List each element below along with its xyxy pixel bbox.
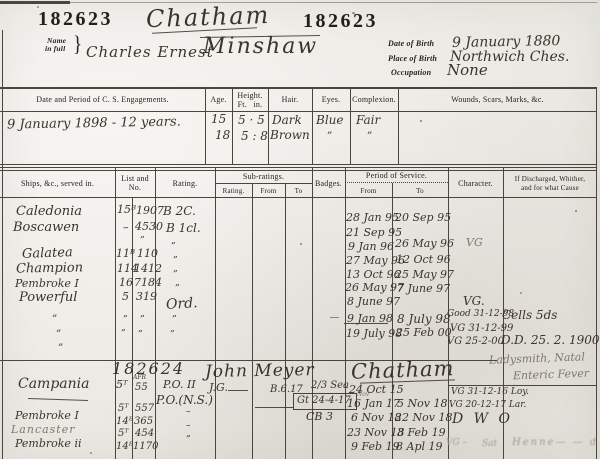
scan-edge xyxy=(0,1,70,4)
official-number: 4530 xyxy=(135,221,163,232)
list-value: 5ᵀ xyxy=(116,379,128,390)
col-header-sub-to: To xyxy=(285,187,312,196)
service-to-date: 5 Nov 18 xyxy=(397,398,447,409)
service-to-date: 12 Oct 96 xyxy=(396,254,451,265)
eyes-value: Blue xyxy=(316,114,344,126)
form-border-right xyxy=(596,87,597,459)
list-value: 15ᴮ xyxy=(117,204,136,215)
col-header-rating: Rating. xyxy=(155,179,215,189)
ship-name: Champion xyxy=(16,261,83,275)
service-from-date: 26 May 97 xyxy=(345,282,404,293)
col-header-from: From xyxy=(345,187,392,196)
ship-name: Campania xyxy=(18,377,89,391)
service-to-date: 8 July 98 xyxy=(397,313,451,325)
service-from-date: 24 Oct 15 xyxy=(349,384,404,395)
scan-speck xyxy=(300,243,302,245)
character-assessment: VG – xyxy=(446,439,467,448)
signature-initials: J.G. xyxy=(209,382,228,393)
ditto-mark: ” xyxy=(170,331,175,340)
sub-rating-note: Gt 24-4-17 xyxy=(297,396,351,406)
ditto-mark: ” xyxy=(175,285,180,294)
ship-name: Galatea xyxy=(22,246,73,261)
ditto-mark: ” xyxy=(173,271,178,280)
service-to-date: 7 June 97 xyxy=(397,283,450,294)
rating-value: P.O.(N.S.) xyxy=(156,394,213,406)
ditto-mark: ” xyxy=(56,330,61,340)
grid-line xyxy=(0,167,597,168)
official-number: 1907 xyxy=(136,205,164,216)
discharge-note: Enteric Fever xyxy=(513,368,589,382)
official-number: 365 xyxy=(134,417,153,427)
grid-line xyxy=(0,87,597,89)
ink-stroke xyxy=(255,407,293,408)
ditto-mark: ” xyxy=(52,315,57,325)
pob-label: Place of Birth xyxy=(388,54,437,64)
ship-name: Pembroke I xyxy=(15,278,79,289)
character-assessment: VG xyxy=(466,237,483,248)
col-header-ships: Ships, &c., served in. xyxy=(0,179,115,189)
ditto-mark: ” xyxy=(123,316,128,325)
col-header-engagements: Date and Period of C. S. Engagements. xyxy=(0,95,205,105)
character-assessment: VG 20-12-17 Lar. xyxy=(449,401,526,410)
rating-value: B 2C. xyxy=(163,205,196,217)
character-assessment: VG 31-12-16 Loy. xyxy=(451,388,529,397)
engagement-period: 9 January 1898 - 12 years. xyxy=(7,115,181,131)
col-header-period: Period of Service. xyxy=(345,171,448,181)
scan-speck xyxy=(520,292,522,294)
service-to-date: 3 Feb 19 xyxy=(397,427,446,438)
col-header-to: To xyxy=(392,187,448,196)
list-value: 14ᴮ xyxy=(116,417,133,427)
grid-line xyxy=(0,111,597,112)
ship-name: Pembroke I xyxy=(15,410,79,421)
service-from-date: 16 Jan 17 xyxy=(347,398,400,409)
list-value: – xyxy=(123,222,129,233)
service-to-date: 25 May 97 xyxy=(395,269,454,280)
grid-line xyxy=(345,182,448,183)
sub-rating-note: CB 3 xyxy=(306,411,333,422)
ship-name: Boscawen xyxy=(13,221,79,234)
col-header-age: Age. xyxy=(205,95,232,105)
discharge-note: Ladysmith, Natal xyxy=(489,351,585,365)
character-assessment: D W O xyxy=(452,412,513,426)
service-to-date: 25 Feb 00 xyxy=(396,327,452,338)
service-number: 182624 xyxy=(112,361,185,377)
ditto-mark: ” xyxy=(138,331,143,340)
col-header-subratings: Sub-ratings. xyxy=(215,172,312,182)
col-header-wounds: Wounds, Scars, Marks, &c. xyxy=(398,95,597,105)
col-header-badges: Badges. xyxy=(312,179,345,189)
ship-name: Powerful xyxy=(19,291,77,304)
ditto-mark: ” xyxy=(58,344,63,354)
scan-edge xyxy=(0,2,597,3)
list-value: 14ᴮ xyxy=(116,442,133,452)
grid-line xyxy=(285,183,286,459)
official-number: 1170 xyxy=(133,442,158,452)
official-number: 55 xyxy=(135,383,148,393)
service-from-date: 8 June 97 xyxy=(347,296,400,307)
surname: Minshaw xyxy=(203,36,318,58)
ditto-mark: ” xyxy=(171,243,176,252)
character-assessment: VG. xyxy=(463,295,485,307)
scan-speck xyxy=(37,6,39,8)
service-from-date: 9 Jan 96 xyxy=(348,241,394,252)
record-sheet: 182623 Chatham 182623 Name in full } Cha… xyxy=(0,0,600,459)
ditto-mark: ” xyxy=(327,132,332,142)
col-header-list-no: No. xyxy=(115,183,155,193)
ditto-mark: ” xyxy=(140,316,145,325)
occupation-label: Occupation xyxy=(391,68,431,78)
service-from-date: 13 Oct 96 xyxy=(346,269,401,280)
ship-name: Lancaster xyxy=(11,424,76,435)
grid-line xyxy=(0,197,597,198)
discharge-note: D.D. 25. 2. 1900, xyxy=(501,334,600,346)
col-header-sub-rating: Rating. xyxy=(215,187,252,196)
brace-glyph: } xyxy=(73,31,82,58)
grid-line xyxy=(215,183,312,184)
col-header-discharged: If Discharged, Whither, xyxy=(503,175,597,184)
height-value: 5 · 5 xyxy=(238,114,265,126)
service-number-right: 182623 xyxy=(303,10,378,33)
service-from-date: 19 July 98 xyxy=(346,328,402,339)
ditto-mark: ” xyxy=(367,132,372,142)
height-value: 5 : 8 xyxy=(241,130,268,142)
col-header-complexion: Complexion. xyxy=(350,95,398,105)
occupation-value: None xyxy=(447,63,488,78)
discharge-note: Cells 5ds xyxy=(502,309,557,321)
service-from-date: 6 Nov 18 xyxy=(351,412,401,423)
list-value: 5ᵀ xyxy=(118,429,129,439)
ink-stroke xyxy=(330,317,339,318)
dob-label: Date of Birth xyxy=(388,39,434,49)
ship-name: Pembroke ii xyxy=(15,438,81,449)
ditto-flourish xyxy=(28,398,88,401)
official-number: 110 xyxy=(137,248,158,259)
hair-value: Brown xyxy=(270,129,310,141)
signature-name: John Meyer xyxy=(205,362,315,381)
record-divider xyxy=(448,385,597,386)
ink-stroke xyxy=(228,390,248,391)
service-from-date: 28 Jan 95 xyxy=(346,212,399,223)
service-to-date: 20 Sep 95 xyxy=(395,212,451,223)
col-header-hair: Hair. xyxy=(268,95,312,105)
official-number: 454 xyxy=(135,429,154,439)
col-header-height-units: Ft. in. xyxy=(232,100,268,110)
list-value: 11ᴮ xyxy=(116,248,135,259)
ditto-mark: – xyxy=(186,422,191,431)
ditto-mark: ” xyxy=(121,330,126,339)
official-number: 1412 xyxy=(134,263,162,274)
grid-line xyxy=(0,170,597,171)
official-number: 7184 xyxy=(134,277,162,288)
hair-value: Dark xyxy=(272,114,302,126)
list-value: 5 xyxy=(122,291,129,302)
rating-value: Ord. xyxy=(166,296,198,312)
service-number-left: 182623 xyxy=(38,8,113,31)
service-from-date: 21 Sep 95 xyxy=(346,227,402,238)
col-header-character: Character. xyxy=(448,179,503,189)
ditto-mark: ” xyxy=(186,436,191,445)
ditto-mark: – xyxy=(186,408,191,417)
rating-value: P.O. II xyxy=(163,379,196,390)
list-value: 16 xyxy=(119,277,133,288)
service-from-date: 9 Feb 19 xyxy=(351,441,400,452)
dob-value: 9 January 1880 xyxy=(452,34,561,50)
name-label: in full xyxy=(45,44,65,53)
official-number: AFR xyxy=(133,375,146,381)
service-to-date: 22 Nov 18 xyxy=(395,412,452,423)
age-value: 15 xyxy=(211,113,226,125)
official-number: 319 xyxy=(136,291,157,302)
complexion-value: Fair xyxy=(356,114,380,126)
grid-line xyxy=(215,167,216,459)
col-header-discharged: and for what Cause xyxy=(503,184,597,193)
ditto-mark: ” xyxy=(173,257,178,266)
rating-value: B 1cl. xyxy=(166,222,201,234)
grid-line xyxy=(0,164,597,165)
sub-rating-note: 2/3 Sea xyxy=(311,381,349,391)
age-value: 18 xyxy=(215,129,230,141)
official-number: 557 xyxy=(135,404,154,414)
service-to-date: 8 Apl 19 xyxy=(396,441,443,452)
ditto-mark: ” xyxy=(172,316,177,325)
service-to-date: 26 May 96 xyxy=(395,238,454,249)
ink-stroke xyxy=(344,323,388,324)
faint-note: Henne— — d xyxy=(512,438,598,448)
scan-speck xyxy=(90,452,92,454)
ditto-mark: ” xyxy=(140,237,145,246)
faint-note: Sat xyxy=(482,440,497,449)
scan-speck xyxy=(420,120,422,122)
col-header-sub-from: From xyxy=(252,187,285,196)
ship-name: Caledonia xyxy=(16,205,82,218)
col-header-eyes: Eyes. xyxy=(312,95,350,105)
character-assessment: VG 25-2-00 xyxy=(447,337,504,347)
scan-speck xyxy=(352,12,355,14)
service-from-date: 23 Nov 18 xyxy=(347,427,404,438)
scan-speck xyxy=(575,210,577,212)
list-value: 5ᵀ xyxy=(118,404,129,414)
grid-line xyxy=(252,183,253,459)
given-names: Charles Ernest xyxy=(86,45,214,60)
